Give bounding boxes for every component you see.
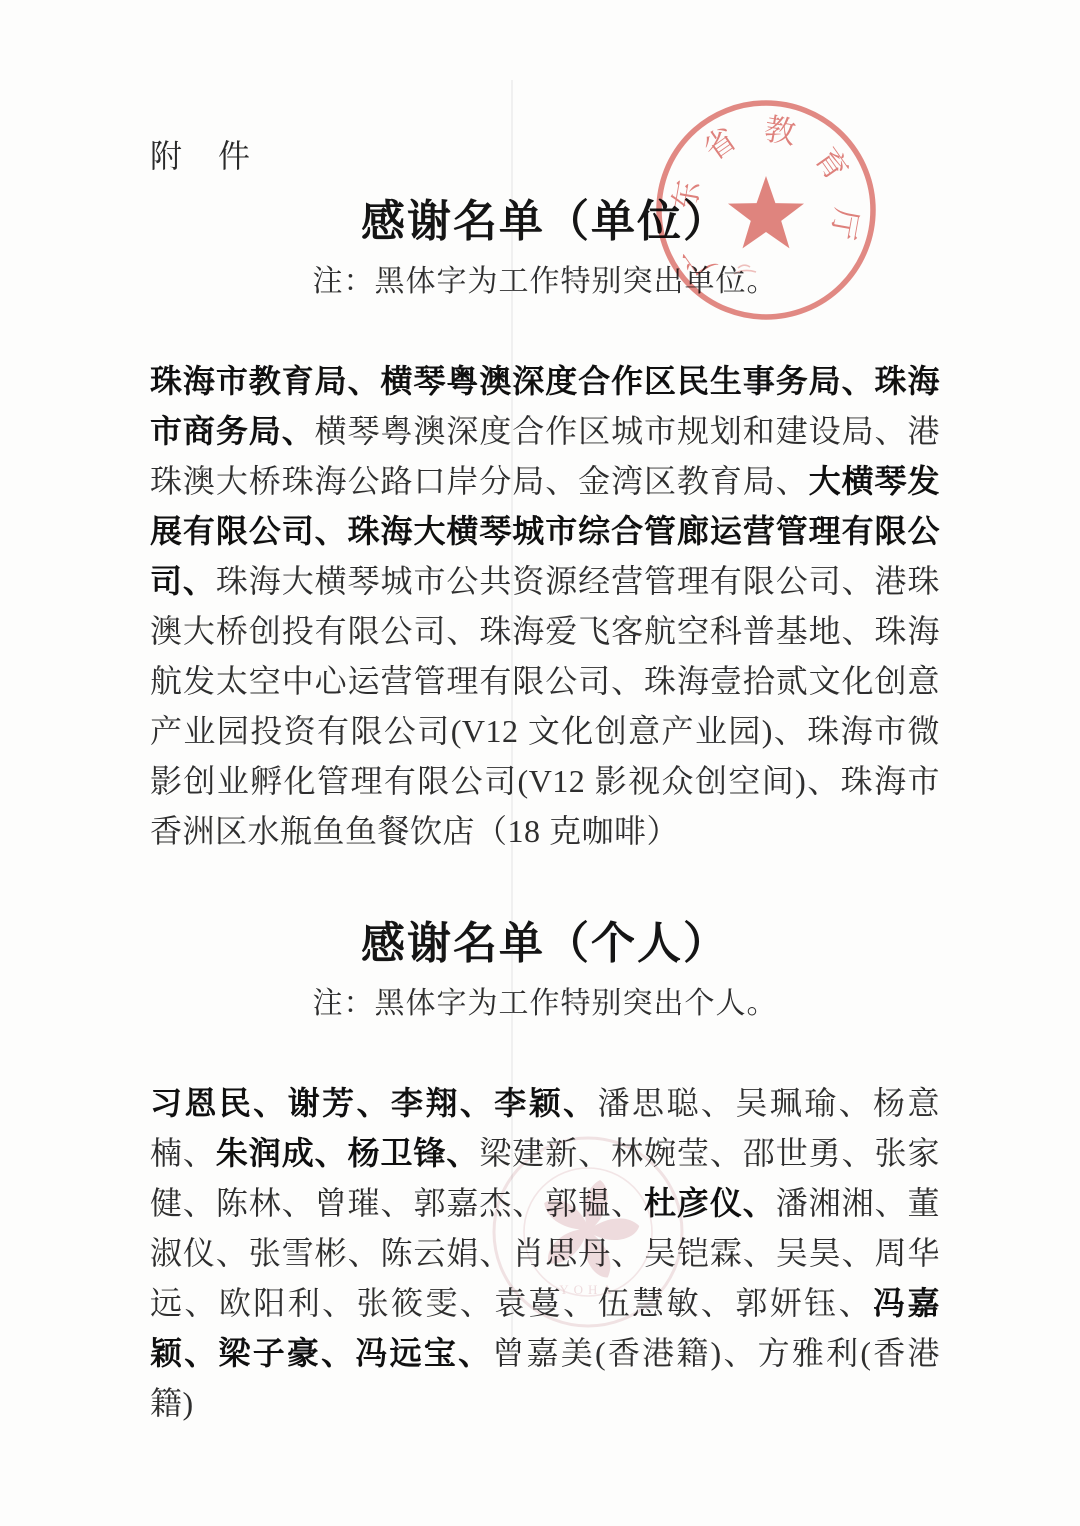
section-units: 感谢名单（单位） 注：黑体字为工作特别突出单位。 珠海市教育局、横琴粤澳深度合作…	[150, 194, 940, 856]
individuals-title: 感谢名单（个人）	[150, 916, 940, 972]
individuals-note: 注：黑体字为工作特别突出个人。	[150, 982, 940, 1026]
units-paragraph: 珠海市教育局、横琴粤澳深度合作区民生事务局、珠海市商务局、横琴粤澳深度合作区城市…	[150, 356, 940, 856]
names-run: 珠海大横琴城市公共资源经营管理有限公司、港珠澳大桥创投有限公司、珠海爱飞客航空科…	[150, 563, 940, 849]
attachment-label: 附 件	[150, 136, 940, 176]
highlighted-names-run: 朱润成、杨卫锋、	[216, 1135, 479, 1171]
units-title: 感谢名单（单位）	[150, 194, 940, 250]
highlighted-names-run: 杜彦仪、	[644, 1185, 776, 1221]
document-page: 附 件 感谢名单（单位） 注：黑体字为工作特别突出单位。 珠海市教育局、横琴粤澳…	[0, 0, 1080, 1526]
section-individuals: 感谢名单（个人） 注：黑体字为工作特别突出个人。 习恩民、谢芳、李翔、李颖、潘思…	[150, 916, 940, 1428]
individuals-paragraph: 习恩民、谢芳、李翔、李颖、潘思聪、吴珮瑜、杨意楠、朱润成、杨卫锋、梁建新、林婉莹…	[150, 1078, 940, 1428]
highlighted-names-run: 习恩民、谢芳、李翔、李颖、	[150, 1085, 598, 1121]
units-note: 注：黑体字为工作特别突出单位。	[150, 260, 940, 304]
